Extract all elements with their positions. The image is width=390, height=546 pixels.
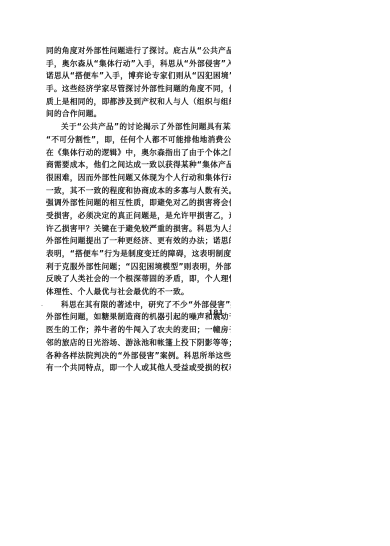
text-line: 外部性问题提出了一种更经济、更有效的办法；诺思的研究 <box>46 235 231 248</box>
text-line: 在《集体行动的逻辑》中，奥尔森指出了由于个体之间的协 <box>46 147 231 160</box>
page-number: 181 <box>208 308 224 317</box>
text-line: 各种各样法院判决的“外部侵害”案例。科思所举这些案例 <box>46 350 231 363</box>
text-line: 邻的旅店的日光浴场、游泳池和帐篷上投下阴影等等；以及 <box>46 337 231 350</box>
text-line: 关于“公共产品”的讨论揭示了外部性问题具有某种 <box>46 121 231 134</box>
text-line: 体理性、个人最优与社会最优的不一致。 <box>46 286 231 299</box>
text-line: 很困难，因而外部性问题又体现为个人行动和集体行动的不 <box>46 172 231 185</box>
text-line: 间的合作问题。 <box>46 108 231 121</box>
text-line: 医生的工作；养牛者的牛闯入了农夫的麦田；一幢房子在毗 <box>46 324 231 337</box>
text-line: “不可分割性”，即，任何个人都不可能排他地消费公共产品； <box>46 134 231 147</box>
text-line: 受损害，必须决定的真正问题是，是允许甲损害乙，还是允 <box>46 210 231 223</box>
text-line: 手，奥尔森从“集体行动”入手，科思从“外部侵害”入手， <box>46 58 231 71</box>
text-line: 有一个共同特点，即一个人或其他人受益或受损的权利问题 <box>46 362 231 375</box>
text-line: 许乙损害甲？关键在于避免较严重的损害。科思为人类解决 <box>46 223 231 236</box>
text-line: 商需要成本，他们之间达成一致以获得某种“集体产品”就 <box>46 159 231 172</box>
text-line: 表明，“搭便车”行为是制度变迁的障碍，这表明制度创新有 <box>46 248 231 261</box>
text-line: 同的角度对外部性问题进行了探讨。庇古从“公共产品”入 <box>46 45 231 58</box>
scan-speck <box>41 305 43 306</box>
text-line: 外部性问题，如糖果制造商的机器引起的噪声和震动干扰了 <box>46 311 231 324</box>
body-text: 同的角度对外部性问题进行了探讨。庇古从“公共产品”入 手，奥尔森从“集体行动”入… <box>46 45 231 375</box>
text-line: 强调外部性问题的相互性质，即避免对乙的损害将会使甲遭 <box>46 197 231 210</box>
text-line: 利于克服外部性问题；“囚犯困境模型”则表明，外部性问题 <box>46 261 231 274</box>
text-line: 反映了人类社会的一个根深蒂固的矛盾，即，个人理性和集 <box>46 273 231 286</box>
text-line: 科思在其有限的著述中，研究了不少“外部侵害”类的 <box>46 299 231 312</box>
text-line: 一致，其不一致的程度和协商成本的多寡与人数有关。科思 <box>46 185 231 198</box>
text-line: 质上是相同的，即都涉及到产权和人与人（组织与组织）之 <box>46 96 231 109</box>
document-page: 同的角度对外部性问题进行了探讨。庇古从“公共产品”入 手，奥尔森从“集体行动”入… <box>0 0 390 546</box>
text-line: 诺思从“搭便车”入手，博弈论专家们则从“囚犯困境”入 <box>46 70 231 83</box>
text-line: 手。这些经济学家尽管探讨外部性问题的角度不同，但在实 <box>46 83 231 96</box>
